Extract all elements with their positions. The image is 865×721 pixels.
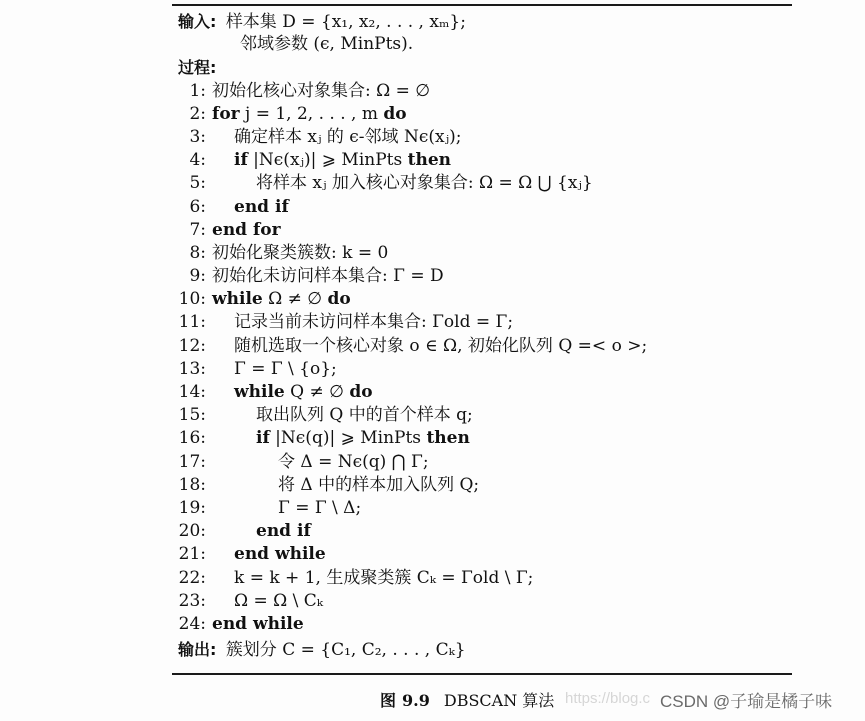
step-code: end while: [212, 543, 326, 566]
step-code: if |Nϵ(q)| ⩾ MinPts then: [212, 427, 470, 450]
step-line: 4:if |Nϵ(xⱼ)| ⩾ MinPts then: [178, 149, 818, 172]
csdn-watermark: CSDN @子瑜是橘子味: [660, 687, 832, 712]
output-label: 输出:: [178, 640, 216, 659]
step-line: 11:记录当前未访问样本集合: Γold = Γ;: [178, 311, 818, 334]
step-line: 18:将 Δ 中的样本加入队列 Q;: [178, 474, 818, 497]
top-rule: [172, 4, 792, 6]
keyword: if: [234, 150, 248, 170]
step-line: 21:end while: [178, 543, 818, 566]
step-text: |Nϵ(q)| ⩾ MinPts: [270, 428, 427, 448]
keyword: end if: [234, 197, 289, 217]
step-code: end if: [212, 196, 289, 219]
step-number: 17:: [178, 451, 206, 474]
keyword: then: [426, 428, 469, 448]
keyword: do: [383, 104, 406, 124]
step-number: 15:: [178, 404, 206, 427]
step-number: 1:: [178, 80, 206, 103]
step-number: 21:: [178, 543, 206, 566]
step-line: 19:Γ = Γ \ Δ;: [178, 497, 818, 520]
step-line: 14:while Q ≠ ∅ do: [178, 381, 818, 404]
step-number: 9:: [178, 265, 206, 288]
step-number: 19:: [178, 497, 206, 520]
keyword: if: [256, 428, 270, 448]
step-code: 确定样本 xⱼ 的 ϵ-邻域 Nϵ(xⱼ);: [212, 126, 461, 149]
step-line: 5:将样本 xⱼ 加入核心对象集合: Ω = Ω ⋃ {xⱼ}: [178, 172, 818, 195]
step-text: Q ≠ ∅: [285, 382, 350, 402]
step-text: 初始化聚类簇数: k = 0: [212, 243, 388, 263]
step-text: |Nϵ(xⱼ)| ⩾ MinPts: [248, 150, 408, 170]
step-line: 2:for j = 1, 2, . . . , m do: [178, 103, 818, 126]
keyword: do: [349, 382, 372, 402]
input-line: 输入: 样本集 D = {x₁, x₂, . . . , xₘ};: [178, 10, 818, 33]
step-code: while Ω ≠ ∅ do: [212, 288, 351, 311]
keyword: while: [212, 289, 263, 309]
step-number: 22:: [178, 567, 206, 590]
process-label: 过程:: [178, 58, 216, 77]
step-number: 11:: [178, 311, 206, 334]
keyword: end if: [256, 521, 311, 541]
step-text: 随机选取一个核心对象 o ∈ Ω, 初始化队列 Q =< o >;: [234, 336, 647, 356]
step-line: 16:if |Nϵ(q)| ⩾ MinPts then: [178, 427, 818, 450]
input-label: 输入:: [178, 12, 216, 31]
step-code: k = k + 1, 生成聚类簇 Cₖ = Γold \ Γ;: [212, 567, 533, 590]
step-code: 记录当前未访问样本集合: Γold = Γ;: [212, 311, 513, 334]
step-code: while Q ≠ ∅ do: [212, 381, 373, 404]
step-line: 7:end for: [178, 219, 818, 242]
step-line: 24:end while: [178, 613, 818, 636]
step-code: end while: [212, 613, 304, 636]
step-code: 将 Δ 中的样本加入队列 Q;: [212, 474, 479, 497]
step-line: 8:初始化聚类簇数: k = 0: [178, 242, 818, 265]
step-code: 初始化核心对象集合: Ω = ∅: [212, 80, 430, 103]
step-code: end for: [212, 219, 281, 242]
step-text: 记录当前未访问样本集合: Γold = Γ;: [234, 312, 513, 332]
step-number: 8:: [178, 242, 206, 265]
step-line: 9:初始化未访问样本集合: Γ = D: [178, 265, 818, 288]
keyword: do: [328, 289, 351, 309]
step-number: 3:: [178, 126, 206, 149]
step-number: 12:: [178, 335, 206, 358]
process-line: 过程:: [178, 56, 818, 79]
step-text: 确定样本 xⱼ 的 ϵ-邻域 Nϵ(xⱼ);: [234, 127, 461, 147]
keyword: then: [408, 150, 451, 170]
step-text: 将样本 xⱼ 加入核心对象集合: Ω = Ω ⋃ {xⱼ}: [256, 173, 593, 193]
keyword: for: [212, 104, 240, 124]
step-text: j = 1, 2, . . . , m: [240, 104, 384, 124]
step-line: 6:end if: [178, 196, 818, 219]
algorithm-box: 输入: 样本集 D = {x₁, x₂, . . . , xₘ}; 邻域参数 (…: [178, 10, 818, 661]
step-code: Ω = Ω \ Cₖ: [212, 590, 323, 613]
step-line: 20:end if: [178, 520, 818, 543]
keyword: while: [234, 382, 285, 402]
step-code: 取出队列 Q 中的首个样本 q;: [212, 404, 473, 427]
figure-caption: 图9.9DBSCAN 算法: [380, 688, 554, 711]
step-number: 4:: [178, 149, 206, 172]
step-line: 15:取出队列 Q 中的首个样本 q;: [178, 404, 818, 427]
step-text: Γ = Γ \ {o};: [234, 359, 337, 379]
step-line: 13:Γ = Γ \ {o};: [178, 358, 818, 381]
keyword: end while: [212, 614, 304, 634]
input-line-2: 邻域参数 (ϵ, MinPts).: [178, 33, 818, 56]
step-code: 初始化聚类簇数: k = 0: [212, 242, 388, 265]
step-number: 7:: [178, 219, 206, 242]
step-code: Γ = Γ \ Δ;: [212, 497, 361, 520]
figure-number: 9.9: [402, 691, 430, 710]
step-number: 10:: [178, 288, 206, 311]
input-text-2: 邻域参数 (ϵ, MinPts).: [240, 34, 413, 54]
step-line: 10:while Ω ≠ ∅ do: [178, 288, 818, 311]
keyword: end while: [234, 544, 326, 564]
output-line: 输出: 簇划分 C = {C₁, C₂, . . . , Cₖ}: [178, 638, 818, 661]
step-code: if |Nϵ(xⱼ)| ⩾ MinPts then: [212, 149, 451, 172]
step-number: 2:: [178, 103, 206, 126]
step-number: 24:: [178, 613, 206, 636]
step-number: 18:: [178, 474, 206, 497]
step-text: Ω ≠ ∅: [263, 289, 328, 309]
step-text: 取出队列 Q 中的首个样本 q;: [256, 405, 473, 425]
step-line: 1:初始化核心对象集合: Ω = ∅: [178, 80, 818, 103]
bottom-rule: [172, 673, 792, 675]
step-line: 22:k = k + 1, 生成聚类簇 Cₖ = Γold \ Γ;: [178, 567, 818, 590]
watermark-url: https://blog.c: [565, 690, 650, 707]
step-line: 17:令 Δ = Nϵ(q) ⋂ Γ;: [178, 451, 818, 474]
step-code: 将样本 xⱼ 加入核心对象集合: Ω = Ω ⋃ {xⱼ}: [212, 172, 593, 195]
step-line: 3:确定样本 xⱼ 的 ϵ-邻域 Nϵ(xⱼ);: [178, 126, 818, 149]
step-text: 令 Δ = Nϵ(q) ⋂ Γ;: [278, 452, 429, 472]
step-text: Ω = Ω \ Cₖ: [234, 591, 323, 611]
step-number: 6:: [178, 196, 206, 219]
step-number: 14:: [178, 381, 206, 404]
step-code: end if: [212, 520, 311, 543]
step-code: Γ = Γ \ {o};: [212, 358, 337, 381]
step-text: Γ = Γ \ Δ;: [278, 498, 361, 518]
keyword: end for: [212, 220, 281, 240]
step-code: for j = 1, 2, . . . , m do: [212, 103, 407, 126]
step-code: 随机选取一个核心对象 o ∈ Ω, 初始化队列 Q =< o >;: [212, 335, 647, 358]
step-text: 将 Δ 中的样本加入队列 Q;: [278, 475, 479, 495]
step-list: 1:初始化核心对象集合: Ω = ∅2:for j = 1, 2, . . . …: [178, 80, 818, 637]
step-code: 令 Δ = Nϵ(q) ⋂ Γ;: [212, 451, 429, 474]
step-line: 23:Ω = Ω \ Cₖ: [178, 590, 818, 613]
step-number: 13:: [178, 358, 206, 381]
step-code: 初始化未访问样本集合: Γ = D: [212, 265, 444, 288]
step-number: 5:: [178, 172, 206, 195]
step-line: 12:随机选取一个核心对象 o ∈ Ω, 初始化队列 Q =< o >;: [178, 335, 818, 358]
input-text-1: 样本集 D = {x₁, x₂, . . . , xₘ};: [226, 12, 466, 32]
figure-label: 图: [380, 691, 396, 710]
output-text: 簇划分 C = {C₁, C₂, . . . , Cₖ}: [226, 640, 466, 660]
step-text: 初始化未访问样本集合: Γ = D: [212, 266, 444, 286]
step-text: k = k + 1, 生成聚类簇 Cₖ = Γold \ Γ;: [234, 568, 533, 588]
step-number: 20:: [178, 520, 206, 543]
step-number: 16:: [178, 427, 206, 450]
figure-title: DBSCAN 算法: [444, 691, 554, 710]
step-number: 23:: [178, 590, 206, 613]
step-text: 初始化核心对象集合: Ω = ∅: [212, 81, 430, 101]
